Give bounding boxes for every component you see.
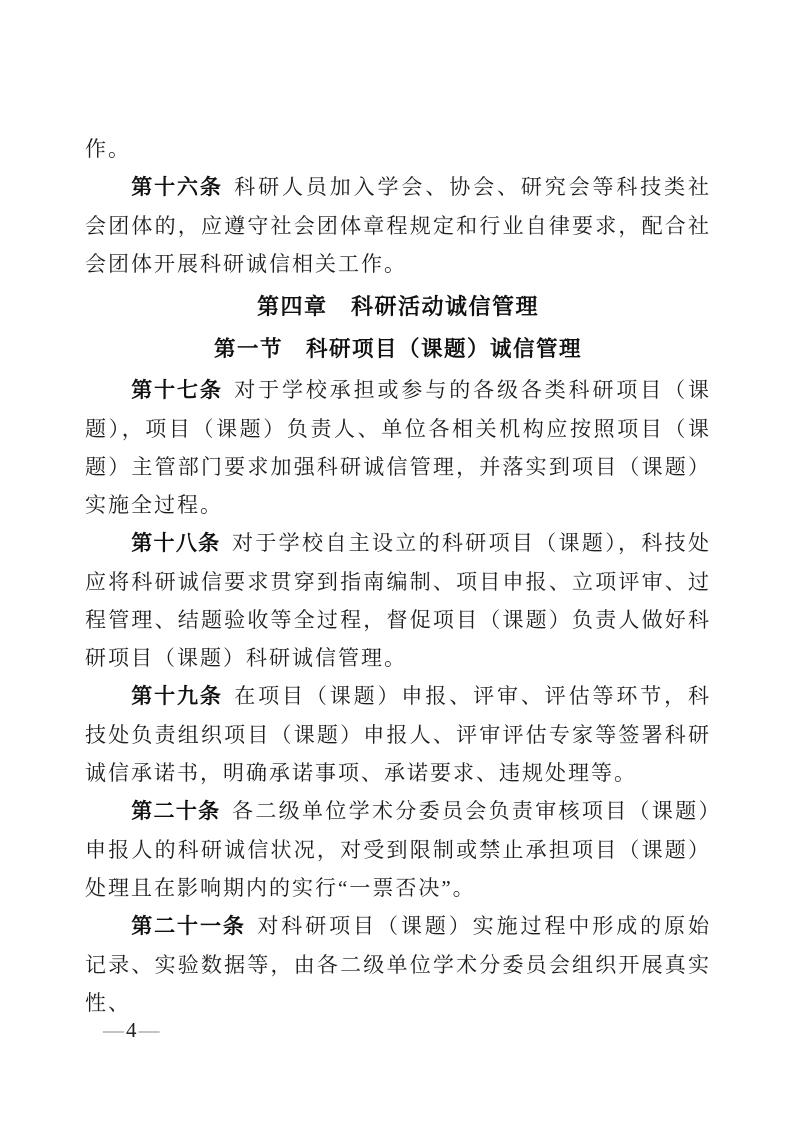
article-20-number: 第二十条 [131, 800, 220, 823]
document-root: * { margin: 0; padding: 0; box-sizing: b… [0, 0, 794, 1122]
article-19-number: 第十九条 [131, 685, 223, 708]
paragraph-continuation: 作。 [85, 130, 711, 168]
page-number-dash-left: — [103, 1018, 124, 1042]
article-18-paragraph: 第十八条对于学校自主设立的科研项目（课题），科技处应将科研诚信要求贯穿到指南编制… [85, 524, 711, 677]
article-17-paragraph: 第十七条对于学校承担或参与的各级各类科研项目（课题），项目（课题）负责人、单位各… [85, 371, 711, 524]
article-17-number: 第十七条 [131, 379, 223, 402]
article-19-paragraph: 第十九条在项目（课题）申报、评审、评估等环节，科技处负责组织项目（课题）申报人、… [85, 677, 711, 792]
article-16-paragraph: 第十六条科研人员加入学会、协会、研究会等科技类社会团体的，应遵守社会团体章程规定… [85, 168, 711, 283]
document-content: 作。 第十六条科研人员加入学会、协会、研究会等科技类社会团体的，应遵守社会团体章… [85, 130, 711, 1022]
chapter-heading: 第四章 科研活动诚信管理 [85, 287, 711, 327]
article-18-number: 第十八条 [131, 532, 220, 555]
page-number: —4— [103, 1018, 160, 1042]
article-16-number: 第十六条 [131, 176, 223, 199]
article-21-number: 第二十一条 [131, 915, 246, 938]
article-20-paragraph: 第二十条各二级单位学术分委员会负责审核项目（课题）申报人的科研诚信状况，对受到限… [85, 792, 711, 907]
article-21-paragraph: 第二十一条对科研项目（课题）实施过程中形成的原始记录、实验数据等，由各二级单位学… [85, 907, 711, 1022]
page-number-value: 4 [124, 1018, 139, 1042]
page-number-dash-right: — [139, 1018, 160, 1042]
document-page: 作。 第十六条科研人员加入学会、协会、研究会等科技类社会团体的，应遵守社会团体章… [0, 0, 794, 1122]
section-heading: 第一节 科研项目（课题）诚信管理 [85, 329, 711, 369]
